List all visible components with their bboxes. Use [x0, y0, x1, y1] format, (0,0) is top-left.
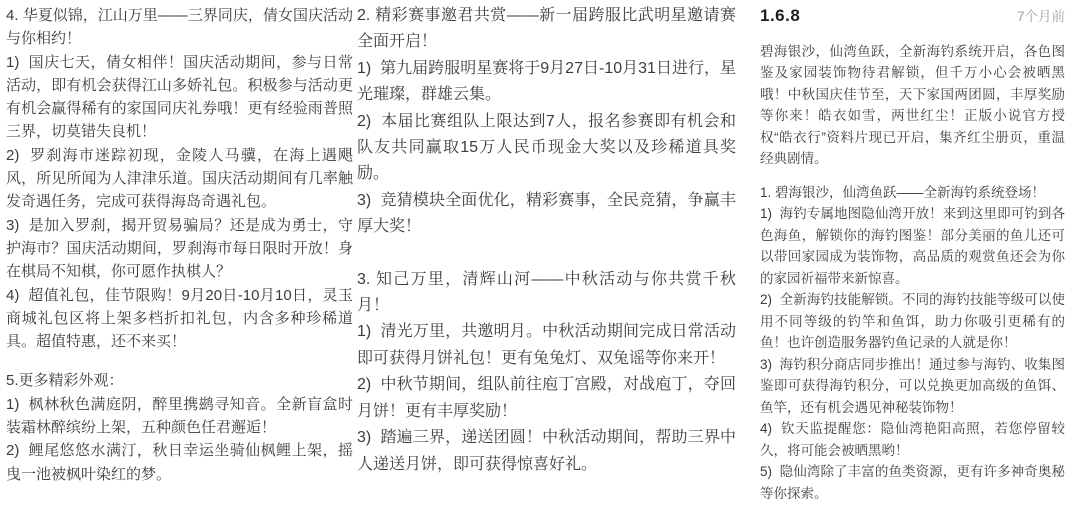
- note-item: 3) 是加入罗刹，揭开贸易骗局？还是成为勇士，守护海市？国庆活动期间，罗刹海市每…: [6, 214, 353, 284]
- note-item: 4) 钦天监提醒您：隐仙湾艳阳高照，若您停留较久，将可能会被晒黑哟！: [760, 418, 1065, 461]
- release-notes-column-version-168: 1.6.8 7个月前 碧海银沙，仙湾鱼跃，全新海钓系统开启，各色图鉴及家园装饰物…: [760, 5, 1065, 504]
- note-item: 1) 海钓专属地图隐仙湾开放！来到这里即可钓到各色海鱼，解锁你的海钓图鉴！部分美…: [760, 203, 1065, 289]
- note-item: 2) 鲤尾悠悠水满汀，秋日幸运坐骑仙枫鲤上架，摇曳一池被枫叶染红的梦。: [6, 439, 353, 486]
- section-title: 1. 碧海银沙，仙湾鱼跃——全新海钓系统登场！: [760, 182, 1065, 204]
- paragraph-gap: [357, 241, 736, 267]
- note-item: 5) 隐仙湾除了丰富的鱼类资源，更有许多神奇奥秘等你探索。: [760, 461, 1065, 504]
- section-title: 5.更多精彩外观：: [6, 369, 353, 392]
- version-intro: 碧海银沙，仙湾鱼跃，全新海钓系统开启，各色图鉴及家园装饰物待君解锁，但千万小心会…: [760, 41, 1065, 170]
- note-item: 2) 中秋节期间，组队前往庖丁宫殿，对战庖丁，夺回月饼！更有丰厚奖励！: [357, 372, 736, 425]
- section-title: 2. 精彩赛事邀君共赏——新一届跨服比武明星邀请赛全面开启！: [357, 3, 736, 56]
- section-title: 4. 华夏似锦，江山万里——三界同庆，倩女国庆活动与你相约！: [6, 4, 353, 51]
- note-item: 2) 本届比赛组队上限达到7人，报名参赛即有机会和队友共同赢取15万人民币现金大…: [357, 109, 736, 188]
- note-item: 3) 踏遍三界，递送团圆！中秋活动期间，帮助三界中人递送月饼，即可获得惊喜好礼。: [357, 425, 736, 478]
- note-item: 1) 第九届跨服明星赛将于9月27日-10月31日进行，星光璀璨，群雄云集。: [357, 56, 736, 109]
- release-notes-column-national-day: 4. 华夏似锦，江山万里——三界同庆，倩女国庆活动与你相约！ 1) 国庆七天，倩…: [6, 4, 353, 486]
- note-item: 1) 国庆七天，倩女相伴！国庆活动期间，参与日常活动，即有机会获得江山多娇礼包。…: [6, 51, 353, 144]
- version-history-page: 4. 华夏似锦，江山万里——三界同庆，倩女国庆活动与你相约！ 1) 国庆七天，倩…: [0, 0, 1080, 522]
- note-item: 2) 全新海钓技能解锁。不同的海钓技能等级可以使用不同等级的钓竿和鱼饵，助力你吸…: [760, 289, 1065, 354]
- note-item: 2) 罗刹海市迷踪初现，金陵人马骥，在海上遇飓风，所见所闻为人津津乐道。国庆活动…: [6, 144, 353, 214]
- note-item: 1) 清光万里，共邀明月。中秋活动期间完成日常活动即可获得月饼礼包！更有兔兔灯、…: [357, 319, 736, 372]
- note-item: 3) 海钓积分商店同步推出！通过参与海钓、收集图鉴即可获得海钓积分，可以兑换更加…: [760, 354, 1065, 419]
- note-item: 3) 竞猜模块全面优化，精彩赛事，全民竞猜，争赢丰厚大奖！: [357, 188, 736, 241]
- section-title: 3. 知己万里，清辉山河——中秋活动与你共赏千秋月！: [357, 267, 736, 320]
- version-number: 1.6.8: [760, 5, 800, 27]
- version-timestamp: 7个月前: [1017, 6, 1065, 28]
- note-item: 4) 超值礼包，佳节限购！9月20日-10月10日，灵玉商城礼包区将上架多档折扣…: [6, 284, 353, 354]
- note-item: 1) 枫林秋色满庭阴，醉里携鹚寻知音。全新盲盒时装霜林醉缤纷上架，五种颜色任君邂…: [6, 393, 353, 440]
- version-entry-header: 1.6.8 7个月前: [760, 5, 1065, 28]
- paragraph-gap: [6, 353, 353, 369]
- release-notes-column-esports-midautumn: 2. 精彩赛事邀君共赏——新一届跨服比武明星邀请赛全面开启！ 1) 第九届跨服明…: [357, 3, 736, 478]
- paragraph-gap: [760, 170, 1065, 182]
